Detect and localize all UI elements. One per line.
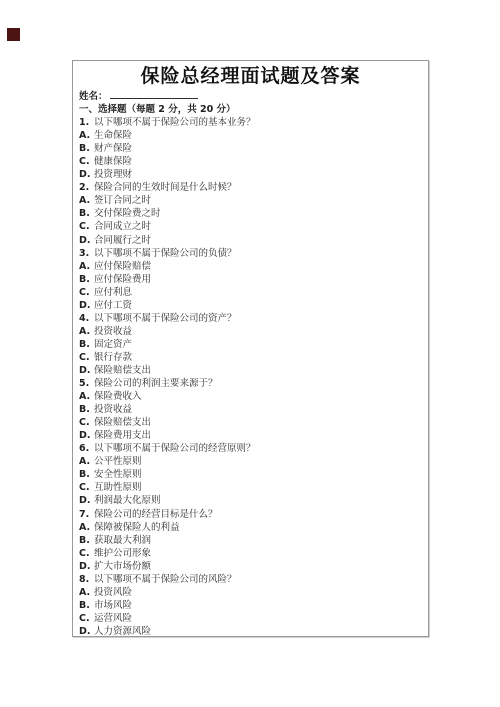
line-prefix: 3.	[79, 247, 91, 260]
line-text: 固定资产	[91, 339, 132, 350]
option-line: B. 安全性原则	[79, 468, 428, 481]
question-list: 1. 以下哪项不属于保险公司的基本业务？A. 生命保险B. 财产保险C. 健康保…	[79, 116, 428, 637]
option-line: B. 应付保险费用	[79, 273, 428, 286]
line-prefix: 1.	[79, 116, 91, 129]
line-prefix: C.	[79, 416, 91, 429]
line-prefix: B.	[79, 403, 91, 416]
question-line: 7. 保险公司的经营目标是什么？	[79, 508, 428, 521]
line-prefix: D.	[79, 429, 91, 442]
line-prefix: D.	[79, 299, 91, 312]
line-prefix: D.	[79, 234, 91, 247]
line-prefix: A.	[79, 129, 91, 142]
line-prefix: D.	[79, 625, 91, 637]
line-text: 保险公司的经营目标是什么？	[91, 509, 218, 520]
option-line: B. 固定资产	[79, 338, 428, 351]
question-line: 2. 保险合同的生效时间是什么时候？	[79, 181, 428, 194]
option-line: C. 应付利息	[79, 286, 428, 299]
line-text: 财产保险	[91, 143, 132, 154]
line-text: 市场风险	[91, 600, 132, 611]
corner-marker	[7, 28, 20, 41]
option-line: B. 交付保险费之时	[79, 207, 428, 220]
line-text: 签订合同之时	[91, 195, 151, 206]
option-line: C. 运营风险	[79, 612, 428, 625]
line-text: 人力资源风险	[91, 626, 151, 637]
line-prefix: C.	[79, 220, 91, 233]
line-text: 保险赔偿支出	[91, 365, 151, 376]
option-line: D. 扩大市场份额	[79, 560, 428, 573]
option-line: D. 保险费用支出	[79, 429, 428, 442]
option-line: A. 签订合同之时	[79, 194, 428, 207]
line-text: 互助性原则	[91, 482, 142, 493]
option-line: D. 应付工资	[79, 299, 428, 312]
line-text: 保险公司的利润主要来源于？	[91, 378, 218, 389]
line-prefix: A.	[79, 390, 91, 403]
line-text: 交付保险费之时	[91, 208, 161, 219]
line-prefix: 6.	[79, 442, 91, 455]
line-prefix: B.	[79, 338, 91, 351]
line-text: 公平性原则	[91, 456, 142, 467]
line-text: 保险费用支出	[91, 430, 151, 441]
question-line: 4. 以下哪项不属于保险公司的资产？	[79, 312, 428, 325]
name-blank-line	[110, 90, 198, 99]
line-prefix: C.	[79, 286, 91, 299]
line-prefix: D.	[79, 494, 91, 507]
line-prefix: A.	[79, 521, 91, 534]
line-prefix: 5.	[79, 377, 91, 390]
line-prefix: 8.	[79, 573, 91, 586]
line-prefix: 7.	[79, 508, 91, 521]
line-prefix: C.	[79, 547, 91, 560]
line-text: 以下哪项不属于保险公司的风险？	[91, 574, 237, 585]
section-header: 一、选择题（每题 2 分，共 20 分）	[79, 103, 428, 116]
option-line: A. 保险费收入	[79, 390, 428, 403]
line-prefix: A.	[79, 586, 91, 599]
option-line: D. 保险赔偿支出	[79, 364, 428, 377]
line-prefix: B.	[79, 599, 91, 612]
line-prefix: C.	[79, 351, 91, 364]
line-prefix: B.	[79, 273, 91, 286]
line-text: 以下哪项不属于保险公司的负债？	[91, 248, 237, 259]
line-text: 以下哪项不属于保险公司的经营原则？	[91, 443, 256, 454]
line-prefix: 4.	[79, 312, 91, 325]
option-line: C. 合同成立之时	[79, 220, 428, 233]
line-text: 投资收益	[91, 326, 132, 337]
option-line: B. 市场风险	[79, 599, 428, 612]
line-prefix: C.	[79, 612, 91, 625]
question-line: 6. 以下哪项不属于保险公司的经营原则？	[79, 442, 428, 455]
line-text: 生命保险	[91, 130, 132, 141]
option-line: D. 人力资源风险	[79, 625, 428, 637]
option-line: B. 投资收益	[79, 403, 428, 416]
line-text: 应付保险赔偿	[91, 261, 151, 272]
option-line: A. 投资收益	[79, 325, 428, 338]
option-line: A. 应付保险赔偿	[79, 260, 428, 273]
line-prefix: B.	[79, 207, 91, 220]
line-prefix: C.	[79, 155, 91, 168]
line-prefix: B.	[79, 468, 91, 481]
line-text: 保险赔偿支出	[91, 417, 151, 428]
option-line: C. 互助性原则	[79, 481, 428, 494]
question-line: 1. 以下哪项不属于保险公司的基本业务？	[79, 116, 428, 129]
line-prefix: A.	[79, 455, 91, 468]
line-text: 以下哪项不属于保险公司的资产？	[91, 313, 237, 324]
line-prefix: A.	[79, 260, 91, 273]
exam-page: 保险总经理面试题及答案 姓名： 一、选择题（每题 2 分，共 20 分） 1. …	[72, 60, 429, 637]
line-text: 应付保险费用	[91, 274, 151, 285]
line-text: 保障被保险人的利益	[91, 522, 180, 533]
option-line: C. 健康保险	[79, 155, 428, 168]
page-title: 保险总经理面试题及答案	[79, 64, 422, 88]
line-text: 应付工资	[91, 300, 132, 311]
line-text: 扩大市场份额	[91, 561, 151, 572]
line-prefix: A.	[79, 325, 91, 338]
line-prefix: B.	[79, 142, 91, 155]
option-line: A. 公平性原则	[79, 455, 428, 468]
line-text: 保险合同的生效时间是什么时候？	[91, 182, 237, 193]
option-line: A. 生命保险	[79, 129, 428, 142]
line-text: 银行存款	[91, 352, 132, 363]
question-line: 5. 保险公司的利润主要来源于？	[79, 377, 428, 390]
line-text: 维护公司形象	[91, 548, 151, 559]
line-prefix: D.	[79, 364, 91, 377]
line-prefix: A.	[79, 194, 91, 207]
line-text: 合同成立之时	[91, 221, 151, 232]
line-prefix: 2.	[79, 181, 91, 194]
option-line: B. 获取最大利润	[79, 534, 428, 547]
line-text: 利润最大化原则	[91, 495, 161, 506]
option-line: D. 利润最大化原则	[79, 494, 428, 507]
question-line: 8. 以下哪项不属于保险公司的风险？	[79, 573, 428, 586]
option-line: B. 财产保险	[79, 142, 428, 155]
option-line: C. 保险赔偿支出	[79, 416, 428, 429]
name-label: 姓名：	[79, 91, 108, 102]
option-line: D. 合同履行之时	[79, 234, 428, 247]
line-prefix: D.	[79, 168, 91, 181]
question-line: 3. 以下哪项不属于保险公司的负债？	[79, 247, 428, 260]
line-text: 投资理财	[91, 169, 132, 180]
line-prefix: D.	[79, 560, 91, 573]
line-text: 投资收益	[91, 404, 132, 415]
line-text: 投资风险	[91, 587, 132, 598]
option-line: A. 保障被保险人的利益	[79, 521, 428, 534]
option-line: D. 投资理财	[79, 168, 428, 181]
line-text: 健康保险	[91, 156, 132, 167]
line-prefix: C.	[79, 481, 91, 494]
line-text: 安全性原则	[91, 469, 142, 480]
option-line: C. 维护公司形象	[79, 547, 428, 560]
option-line: A. 投资风险	[79, 586, 428, 599]
name-line: 姓名：	[79, 90, 428, 103]
line-text: 以下哪项不属于保险公司的基本业务？	[91, 117, 256, 128]
line-prefix: B.	[79, 534, 91, 547]
option-line: C. 银行存款	[79, 351, 428, 364]
line-text: 获取最大利润	[91, 535, 151, 546]
line-text: 合同履行之时	[91, 235, 151, 246]
line-text: 保险费收入	[91, 391, 142, 402]
line-text: 应付利息	[91, 287, 132, 298]
line-text: 运营风险	[91, 613, 132, 624]
